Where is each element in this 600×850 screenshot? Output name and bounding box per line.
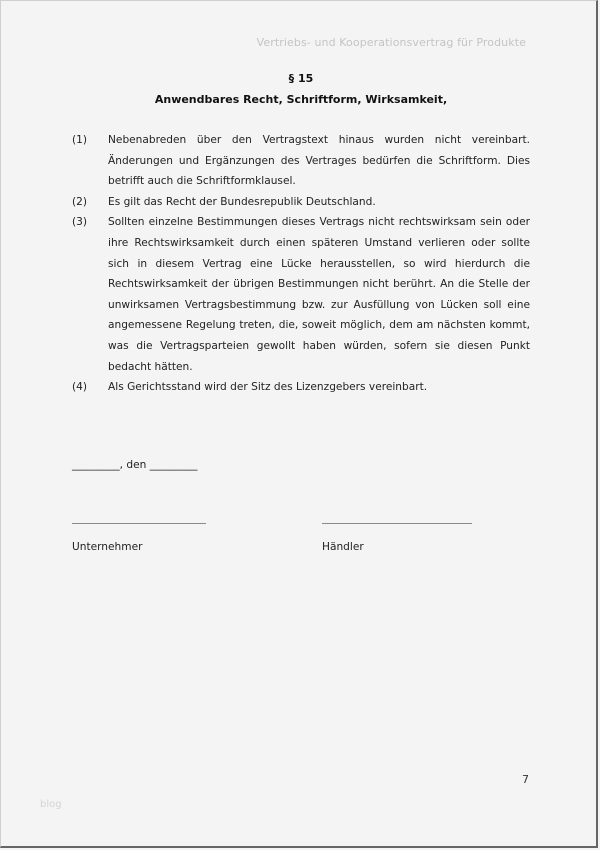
- clause-item: (2) Es gilt das Recht der Bundesrepublik…: [72, 192, 530, 213]
- clause-item: (3) Sollten einzelne Bestimmungen dieses…: [72, 212, 530, 377]
- clause-number: (3): [72, 212, 108, 377]
- clause-item: (4) Als Gerichtsstand wird der Sitz des …: [72, 377, 530, 398]
- clause-number: (2): [72, 192, 108, 213]
- running-header: Vertriebs- und Kooperationsvertrag für P…: [257, 36, 526, 49]
- watermark: blog: [40, 799, 62, 810]
- clause-item: (1) Nebenabreden über den Vertragstext h…: [72, 130, 530, 192]
- clause-number: (1): [72, 130, 108, 192]
- signature-label-left: Unternehmer: [72, 541, 142, 553]
- clause-text: Es gilt das Recht der Bundesrepublik Deu…: [108, 192, 530, 213]
- clause-text: Sollten einzelne Bestimmungen dieses Ver…: [108, 212, 530, 377]
- document-page: Vertriebs- und Kooperationsvertrag für P…: [0, 0, 598, 848]
- signature-label-right: Händler: [322, 541, 364, 553]
- section-number: § 15: [1, 72, 600, 85]
- clause-text: Nebenabreden über den Vertragstext hinau…: [108, 130, 530, 192]
- place-date-line: _________, den _________: [72, 459, 197, 471]
- signature-line-left: [72, 523, 206, 524]
- clause-number: (4): [72, 377, 108, 398]
- clause-list: (1) Nebenabreden über den Vertragstext h…: [72, 130, 530, 398]
- section-title: Anwendbares Recht, Schriftform, Wirksamk…: [1, 93, 600, 106]
- signature-line-right: [322, 523, 472, 524]
- clause-text: Als Gerichtsstand wird der Sitz des Lize…: [108, 377, 530, 398]
- page-number: 7: [522, 773, 529, 786]
